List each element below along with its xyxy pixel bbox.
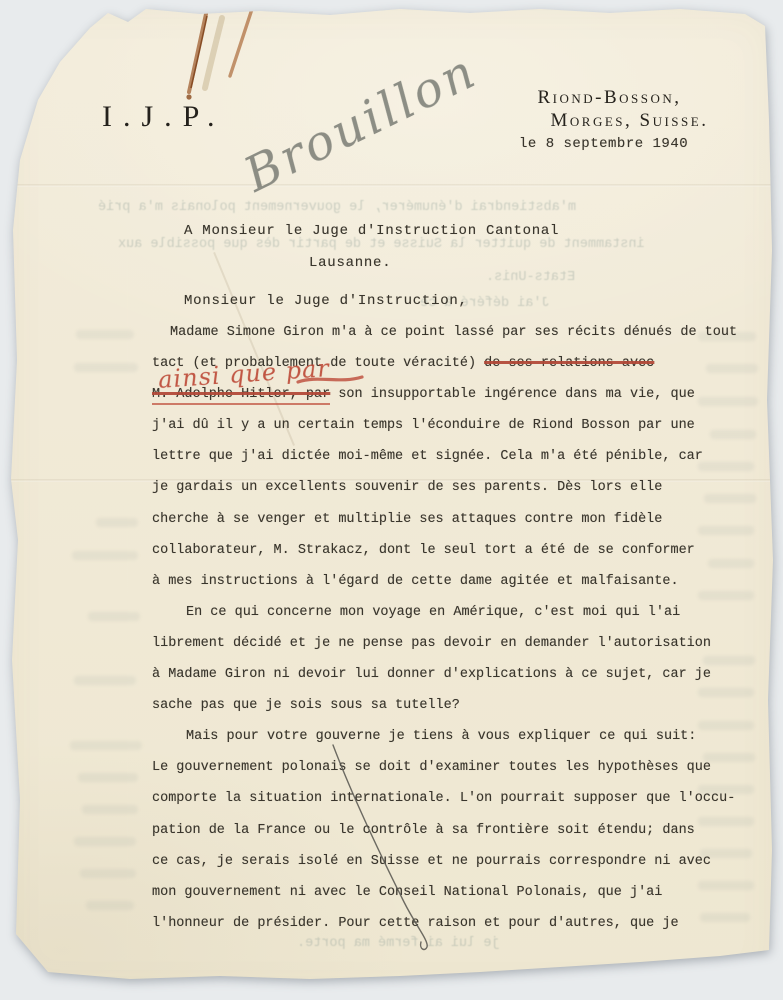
bleed-through-text: Etats-Unis. (486, 270, 575, 285)
typed-text: collaborateur, M. Strakacz, dont le seul… (152, 543, 695, 558)
letter-page: m'abstiendrai d'énumérer, le gouvernemen… (0, 0, 783, 1000)
typed-text: j'ai dû il y a un certain temps l'écondu… (152, 418, 695, 433)
letterhead-place-line2: Morges, Suisse. (537, 110, 722, 132)
typed-line: comporte la situation internationale. L'… (152, 783, 762, 814)
typed-line: à mes instructions à l'égard de cette da… (152, 566, 762, 597)
typed-line: pation de la France ou le contrôle à sa … (152, 815, 762, 846)
bleed-through-smudge (88, 612, 140, 621)
typed-text: ce cas, je serais isolé en Suisse et ne … (152, 854, 711, 869)
typed-text: à Madame Giron ni devoir lui donner d'ex… (152, 667, 711, 682)
body-lines: Madame Simone Giron m'a à ce point lassé… (152, 317, 762, 939)
typed-text: En ce qui concerne mon voyage en Amériqu… (186, 605, 680, 620)
bleed-through-smudge (80, 869, 136, 878)
salutation: Monsieur le Juge d'Instruction, (184, 293, 468, 309)
typed-line: Madame Simone Giron m'a à ce point lassé… (152, 317, 762, 348)
typed-text: l'honneur de présider. Pour cette raison… (152, 916, 679, 931)
bleed-through-smudge (78, 773, 138, 782)
typed-line: l'honneur de présider. Pour cette raison… (152, 908, 762, 939)
typed-line: à Madame Giron ni devoir lui donner d'ex… (152, 659, 762, 690)
typed-text: mon gouvernement ni avec le Conseil Nati… (152, 885, 662, 900)
typed-line: j'ai dû il y a un certain temps l'écondu… (152, 410, 762, 441)
bleed-through-smudge (74, 363, 138, 372)
typed-line: Mais pour votre gouverne je tiens à vous… (152, 721, 762, 752)
bleed-through-smudge (86, 901, 134, 910)
scanner-background: m'abstiendrai d'énumérer, le gouvernemen… (0, 0, 783, 1000)
bleed-through-text: instamment de quitter la Suisse et de pa… (118, 237, 645, 252)
bleed-through-smudge (70, 741, 142, 750)
typed-line: mon gouvernement ni avec le Conseil Nati… (152, 877, 762, 908)
typed-text: Madame Simone Giron m'a à ce point lassé… (170, 325, 737, 340)
typed-text: à mes instructions à l'égard de cette da… (152, 574, 679, 589)
red-pencil-flourish (296, 372, 366, 390)
typed-text: cherche à se venger et multiplie ses att… (152, 512, 662, 527)
typed-line: collaborateur, M. Strakacz, dont le seul… (152, 535, 762, 566)
date-line: le 8 septembre 1940 (519, 136, 688, 152)
letterhead-monogram: I.J.P. (102, 100, 226, 134)
recipient-line1: A Monsieur le Juge d'Instruction Cantona… (184, 223, 559, 239)
typed-line: librement décidé et je ne pense pas devo… (152, 628, 762, 659)
typed-line: En ce qui concerne mon voyage en Amériqu… (152, 597, 762, 628)
struck-text: de ses relations avec (484, 356, 654, 371)
typed-line: Le gouvernement polonais se doit d'exami… (152, 752, 762, 783)
recipient-line2: Lausanne. (309, 255, 391, 271)
pencil-draft-note: Brouillon (236, 43, 486, 203)
bleed-through-smudge (74, 837, 136, 846)
typed-line: lettre que j'ai dictée moi-même et signé… (152, 441, 762, 472)
typed-text: je gardais un excellents souvenir de ses… (152, 480, 662, 495)
typed-text: librement décidé et je ne pense pas devo… (152, 636, 711, 651)
fold-crease-top (0, 184, 783, 187)
bleed-through-text: m'abstiendrai d'énumérer, le gouvernemen… (98, 200, 576, 215)
typed-text: Le gouvernement polonais se doit d'exami… (152, 760, 711, 775)
typed-line: cherche à se venger et multiplie ses att… (152, 504, 762, 535)
typed-text: sache pas que je sois sous sa tutelle? (152, 698, 460, 713)
bleed-through-smudge (76, 330, 134, 339)
typed-line: je gardais un excellents souvenir de ses… (152, 472, 762, 503)
bleed-through-smudge (96, 518, 138, 527)
typed-text: Mais pour votre gouverne je tiens à vous… (186, 729, 696, 744)
bleed-through-smudge (72, 551, 138, 560)
bleed-through-smudge (82, 805, 138, 814)
typed-line: ce cas, je serais isolé en Suisse et ne … (152, 846, 762, 877)
typed-text: comporte la situation internationale. L'… (152, 791, 735, 806)
typed-line: sache pas que je sois sous sa tutelle? (152, 690, 762, 721)
typed-text: pation de la France ou le contrôle à sa … (152, 823, 695, 838)
typed-text: son insupportable ingérence dans ma vie,… (330, 387, 695, 402)
typed-text: lettre que j'ai dictée moi-même et signé… (152, 449, 703, 464)
letterhead-place-line1: Riond-Bosson, (512, 87, 707, 109)
bleed-through-smudge (74, 676, 136, 685)
